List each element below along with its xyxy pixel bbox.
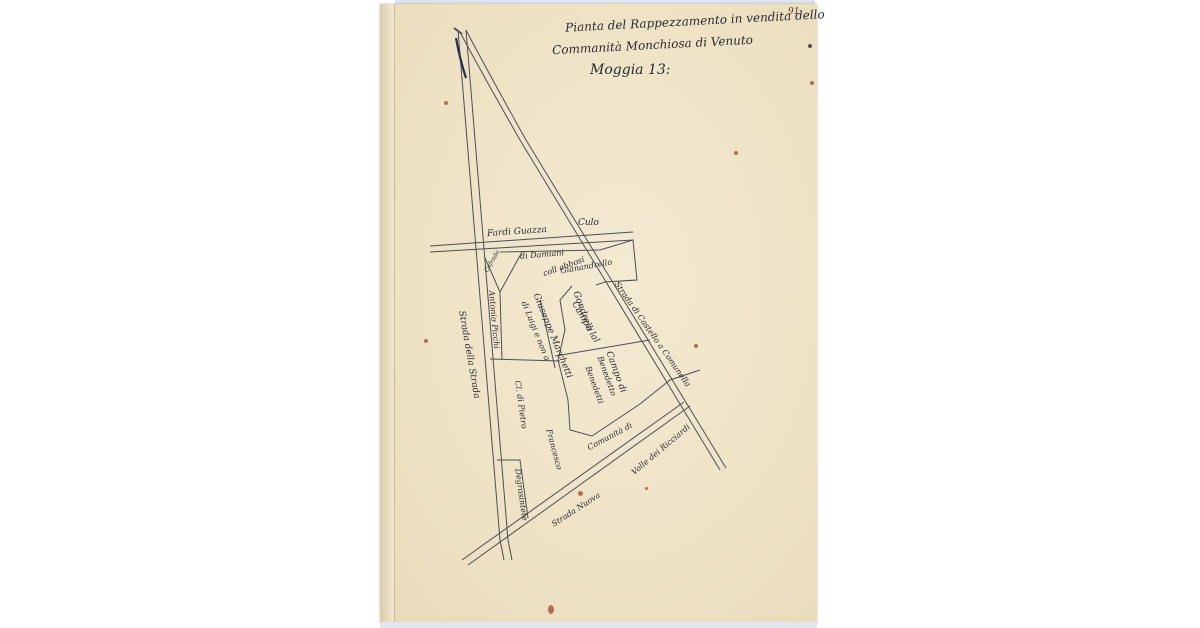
folio-number: 91 [788, 7, 799, 17]
map-sketch [0, 0, 1200, 628]
map-title-line3: Moggia 13: [590, 62, 671, 78]
label-culo: Culo [578, 218, 599, 228]
image-viewer: Pianta del Rappezzamento in vendita dell… [0, 0, 1200, 628]
